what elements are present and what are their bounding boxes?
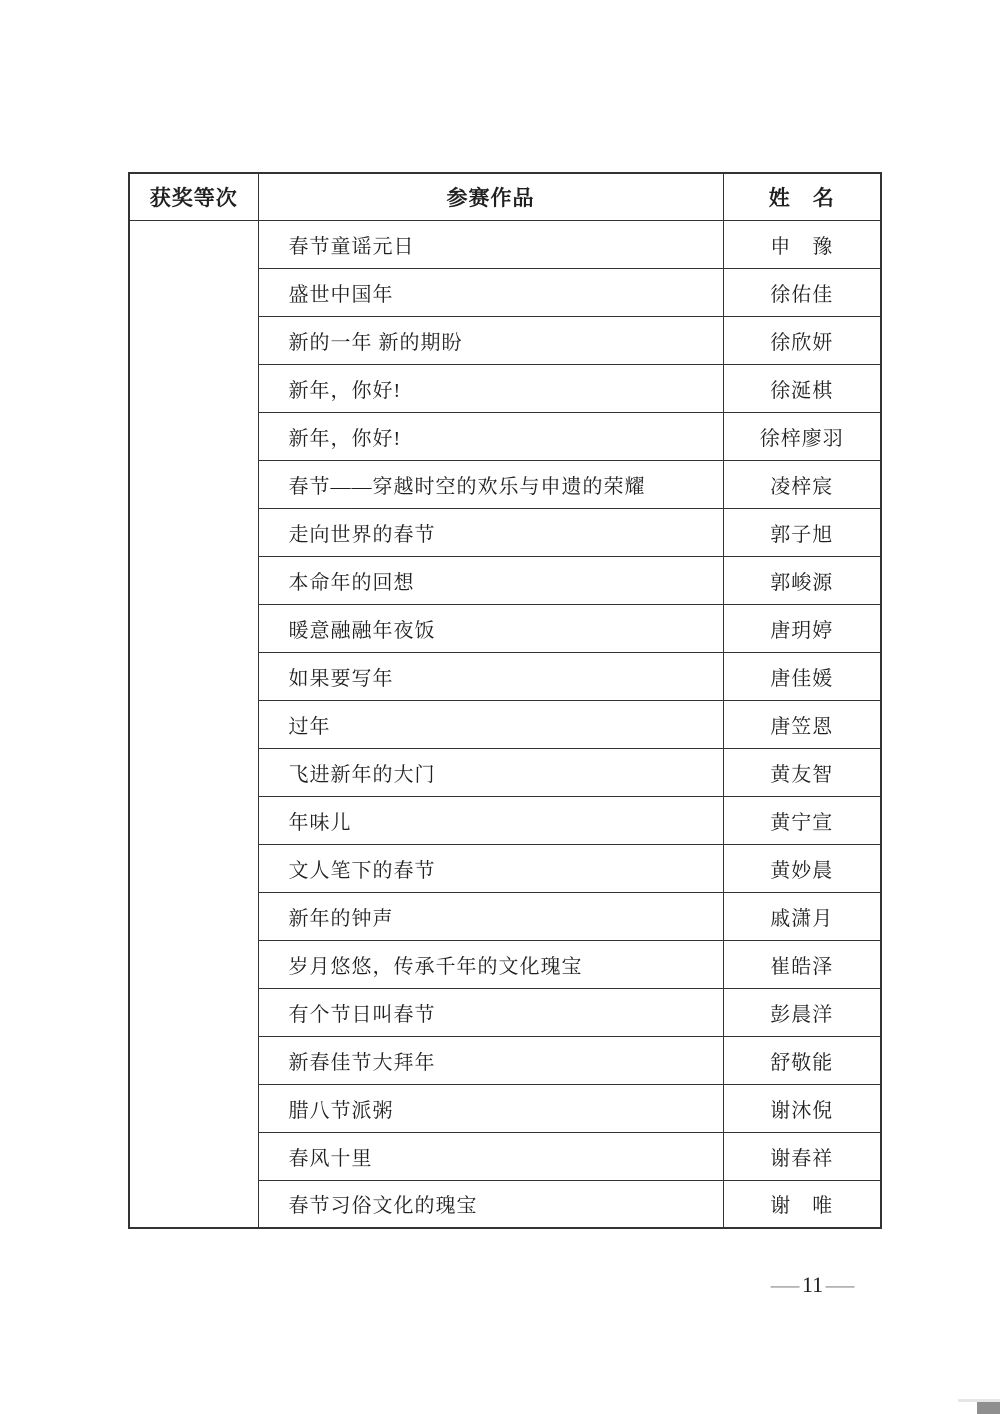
name-cell: 郭峻源: [723, 556, 881, 604]
work-cell: 春节童谣元日: [258, 220, 723, 268]
name-cell: 凌梓宸: [723, 460, 881, 508]
work-cell: 新春佳节大拜年: [258, 1036, 723, 1084]
footer-dash-left: —: [771, 1274, 800, 1296]
table-header-row: 获奖等次 参赛作品 姓 名: [129, 173, 881, 220]
work-cell: 新年，你好!: [258, 364, 723, 412]
table-body: 春节童谣元日申 豫盛世中国年徐佑佳新的一年 新的期盼徐欣妍新年，你好!徐涎棋新年…: [129, 220, 881, 1228]
name-cell: 徐欣妍: [723, 316, 881, 364]
scrollbar-corner-block: [977, 1402, 1000, 1414]
work-cell: 年味儿: [258, 796, 723, 844]
name-cell: 舒敬能: [723, 1036, 881, 1084]
work-cell: 腊八节派粥: [258, 1084, 723, 1132]
name-cell: 徐佑佳: [723, 268, 881, 316]
name-cell: 彭晨洋: [723, 988, 881, 1036]
name-cell: 黄友智: [723, 748, 881, 796]
name-cell: 崔皓泽: [723, 940, 881, 988]
name-cell: 黄宁宣: [723, 796, 881, 844]
name-cell: 谢 唯: [723, 1180, 881, 1228]
page-footer: — 11 —: [774, 1274, 851, 1296]
table-row: 春节童谣元日申 豫: [129, 220, 881, 268]
name-cell: 徐梓廖羽: [723, 412, 881, 460]
work-cell: 新年，你好!: [258, 412, 723, 460]
work-cell: 走向世界的春节: [258, 508, 723, 556]
work-cell: 岁月悠悠，传承千年的文化瑰宝: [258, 940, 723, 988]
name-cell: 唐佳媛: [723, 652, 881, 700]
award-results-table: 获奖等次 参赛作品 姓 名 春节童谣元日申 豫盛世中国年徐佑佳新的一年 新的期盼…: [128, 172, 882, 1229]
name-cell: 唐玥婷: [723, 604, 881, 652]
work-cell: 春风十里: [258, 1132, 723, 1180]
header-entry-work: 参赛作品: [258, 173, 723, 220]
work-cell: 有个节日叫春节: [258, 988, 723, 1036]
name-cell: 黄妙晨: [723, 844, 881, 892]
award-level-merged-cell: [129, 220, 258, 1228]
name-cell: 申 豫: [723, 220, 881, 268]
work-cell: 如果要写年: [258, 652, 723, 700]
work-cell: 本命年的回想: [258, 556, 723, 604]
work-cell: 暖意融融年夜饭: [258, 604, 723, 652]
name-cell: 谢沐倪: [723, 1084, 881, 1132]
work-cell: 春节——穿越时空的欢乐与申遗的荣耀: [258, 460, 723, 508]
name-cell: 郭子旭: [723, 508, 881, 556]
work-cell: 新年的钟声: [258, 892, 723, 940]
work-cell: 新的一年 新的期盼: [258, 316, 723, 364]
footer-dash-right: —: [826, 1274, 855, 1296]
name-cell: 戚潇月: [723, 892, 881, 940]
work-cell: 春节习俗文化的瑰宝: [258, 1180, 723, 1228]
page-number: 11: [802, 1274, 823, 1296]
name-cell: 徐涎棋: [723, 364, 881, 412]
work-cell: 过年: [258, 700, 723, 748]
name-cell: 谢春祥: [723, 1132, 881, 1180]
name-cell: 唐笠恩: [723, 700, 881, 748]
work-cell: 盛世中国年: [258, 268, 723, 316]
header-award-level: 获奖等次: [129, 173, 258, 220]
work-cell: 飞进新年的大门: [258, 748, 723, 796]
header-name: 姓 名: [723, 173, 881, 220]
work-cell: 文人笔下的春节: [258, 844, 723, 892]
